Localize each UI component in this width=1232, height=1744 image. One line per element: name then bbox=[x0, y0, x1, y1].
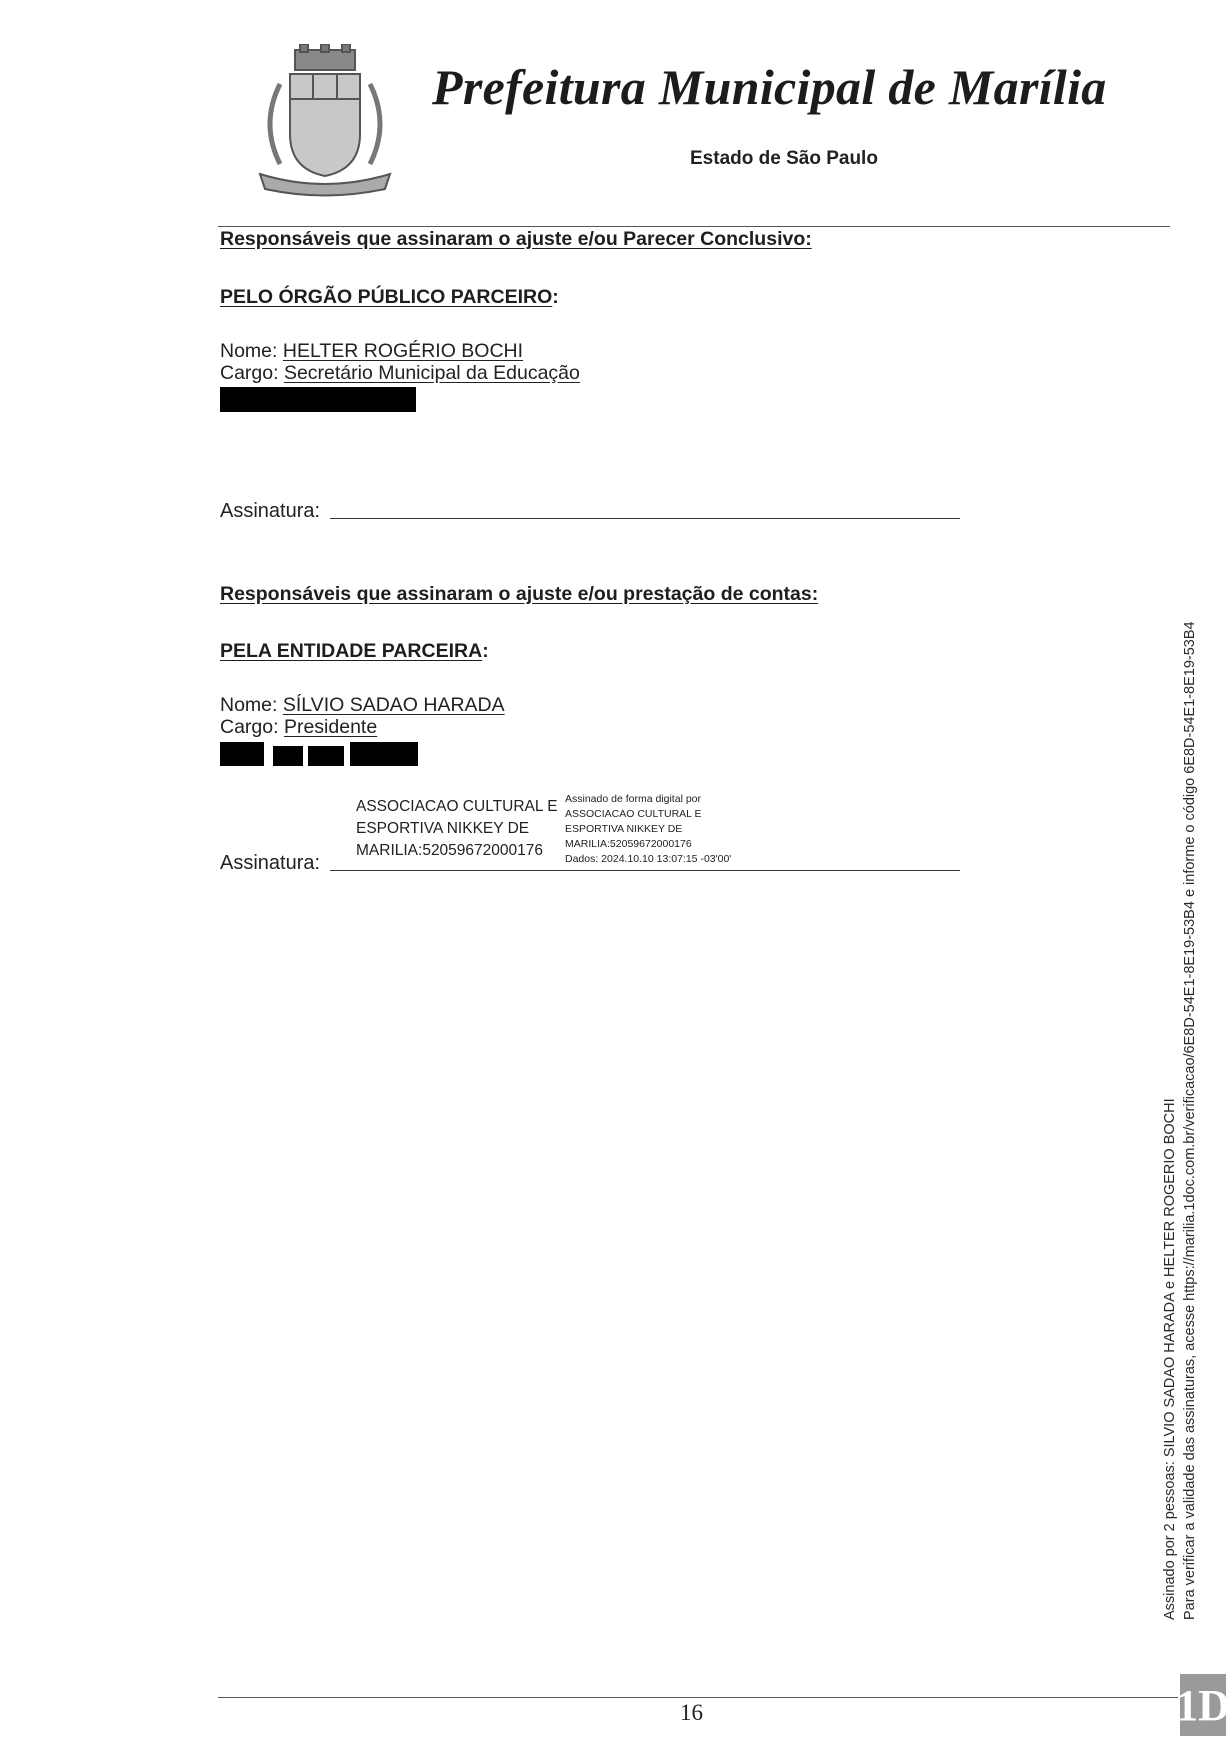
section2-signature-line bbox=[330, 870, 960, 871]
1doc-logo-icon: 1D bbox=[1180, 1674, 1226, 1736]
redacted-block bbox=[308, 746, 344, 766]
page-subtitle: Estado de São Paulo bbox=[690, 148, 878, 170]
digital-signature-signer: ASSOCIACAO CULTURAL E ESPORTIVA NIKKEY D… bbox=[356, 796, 558, 862]
signer-line: ESPORTIVA NIKKEY DE bbox=[356, 818, 558, 840]
footer-divider bbox=[218, 1697, 1178, 1698]
role-value: Secretário Municipal da Educação bbox=[284, 362, 580, 384]
digital-signature-details: Assinado de forma digital por ASSOCIACAO… bbox=[565, 792, 731, 867]
verification-link[interactable]: Para verificar a validade das assinatura… bbox=[1180, 621, 1200, 1620]
name-label: Nome: bbox=[220, 340, 283, 362]
section2-name-field: Nome: SÍLVIO SADAO HARADA bbox=[220, 694, 505, 717]
section1-party-label: PELO ÓRGÃO PÚBLICO PARCEIRO: bbox=[220, 286, 559, 309]
role-value: Presidente bbox=[284, 716, 377, 738]
redacted-block bbox=[273, 746, 303, 766]
role-label: Cargo: bbox=[220, 362, 284, 384]
signer-line: MARILIA:52059672000176 bbox=[356, 840, 558, 862]
detail-line: ASSOCIACAO CULTURAL E bbox=[565, 807, 731, 822]
page-number: 16 bbox=[680, 1700, 703, 1726]
name-label: Nome: bbox=[220, 694, 283, 716]
role-label: Cargo: bbox=[220, 716, 284, 738]
section1-party-text: PELO ÓRGÃO PÚBLICO PARCEIRO bbox=[220, 286, 552, 308]
detail-line: Assinado de forma digital por bbox=[565, 792, 731, 807]
detail-line: Dados: 2024.10.10 13:07:15 -03'00' bbox=[565, 852, 731, 867]
name-value: HELTER ROGÉRIO BOCHI bbox=[283, 340, 523, 362]
detail-line: ESPORTIVA NIKKEY DE bbox=[565, 822, 731, 837]
section1-party-colon: : bbox=[552, 286, 559, 308]
verification-signers: Assinado por 2 pessoas: SILVIO SADAO HAR… bbox=[1160, 621, 1180, 1620]
signer-line: ASSOCIACAO CULTURAL E bbox=[356, 796, 558, 818]
section1-name-field: Nome: HELTER ROGÉRIO BOCHI bbox=[220, 340, 523, 363]
section2-party-text: PELA ENTIDADE PARCEIRA bbox=[220, 640, 482, 662]
page-title: Prefeitura Municipal de Marília bbox=[432, 58, 1107, 116]
redacted-block bbox=[220, 742, 264, 766]
name-value: SÍLVIO SADAO HARADA bbox=[283, 694, 505, 716]
section1-signature-label: Assinatura: bbox=[220, 500, 320, 523]
section1-signature-line bbox=[330, 518, 960, 519]
redacted-block bbox=[350, 742, 418, 766]
signature-verification-note: Assinado por 2 pessoas: SILVIO SADAO HAR… bbox=[1160, 621, 1200, 1620]
section1-role-field: Cargo: Secretário Municipal da Educação bbox=[220, 362, 580, 385]
section2-party-label: PELA ENTIDADE PARCEIRA: bbox=[220, 640, 489, 663]
header-divider bbox=[218, 226, 1170, 227]
section1-heading: Responsáveis que assinaram o ajuste e/ou… bbox=[220, 228, 812, 251]
coat-of-arms-icon bbox=[250, 44, 400, 202]
section2-signature-label: Assinatura: bbox=[220, 852, 320, 875]
section2-heading: Responsáveis que assinaram o ajuste e/ou… bbox=[220, 583, 818, 606]
section2-role-field: Cargo: Presidente bbox=[220, 716, 377, 739]
detail-line: MARILIA:52059672000176 bbox=[565, 837, 731, 852]
section2-party-colon: : bbox=[482, 640, 489, 662]
redacted-block bbox=[220, 387, 416, 412]
